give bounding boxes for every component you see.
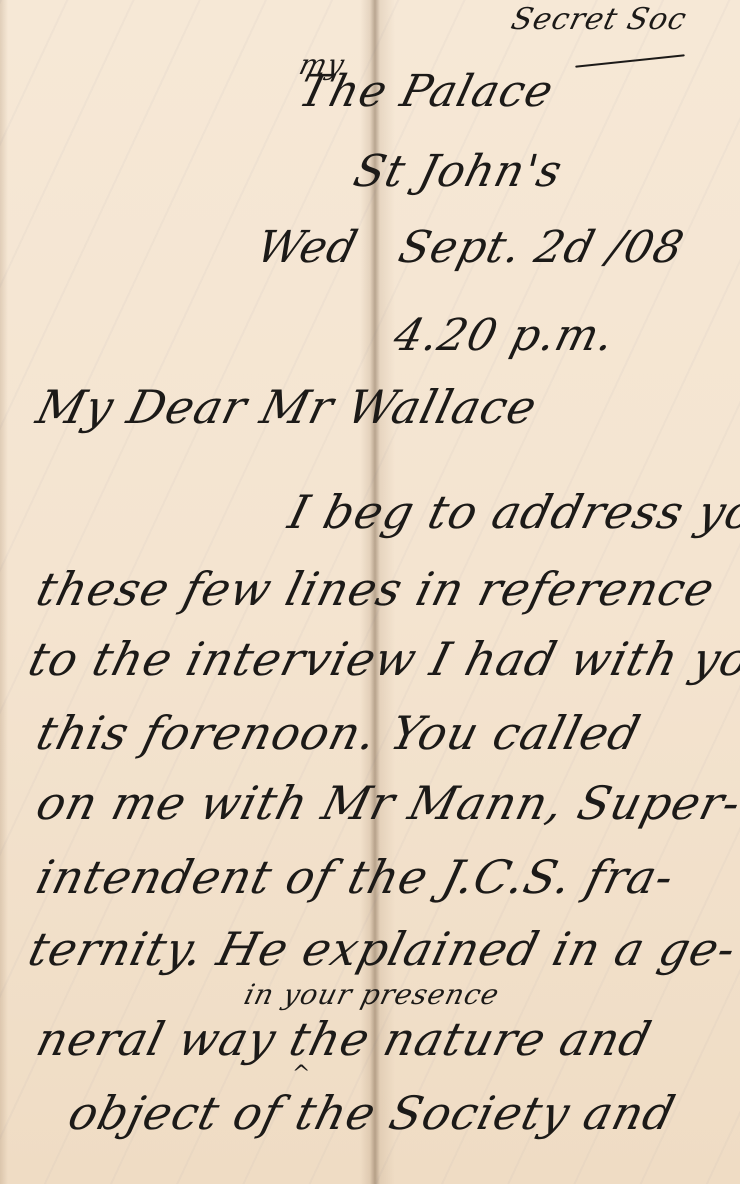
annotation-secret-soc: Secret Soc [508, 2, 691, 37]
body-line-9: object of the Society and [63, 1086, 681, 1140]
insertion-text: in your presence [241, 978, 503, 1011]
header-place: The Palace [294, 66, 559, 117]
header-city: St John's [349, 146, 568, 197]
letter-page: Secret Soc my The Palace St John's Wed S… [0, 0, 740, 1184]
body-line-2: these few lines in reference [31, 562, 720, 616]
body-line-8: neral way the nature and [31, 1012, 657, 1066]
body-line-1: I beg to address you [283, 485, 740, 539]
header-date: Sept. 2d /08 [394, 222, 690, 273]
body-line-4: this forenoon. You called [31, 706, 646, 760]
body-line-7: ternity. He explained in a ge- [23, 922, 740, 976]
annotation-underline [575, 54, 685, 67]
body-line-3: to the interview I had with you [23, 632, 740, 686]
body-line-5: on me with Mr Mann, Super- [31, 776, 740, 830]
body-line-6: intendent of the J.C.S. fra- [31, 850, 680, 904]
insertion-caret: ^ [292, 1062, 310, 1087]
header-day: Wed [252, 222, 364, 273]
header-time: 4.20 p.m. [389, 310, 621, 361]
salutation: My Dear Mr Wallace [31, 380, 543, 434]
